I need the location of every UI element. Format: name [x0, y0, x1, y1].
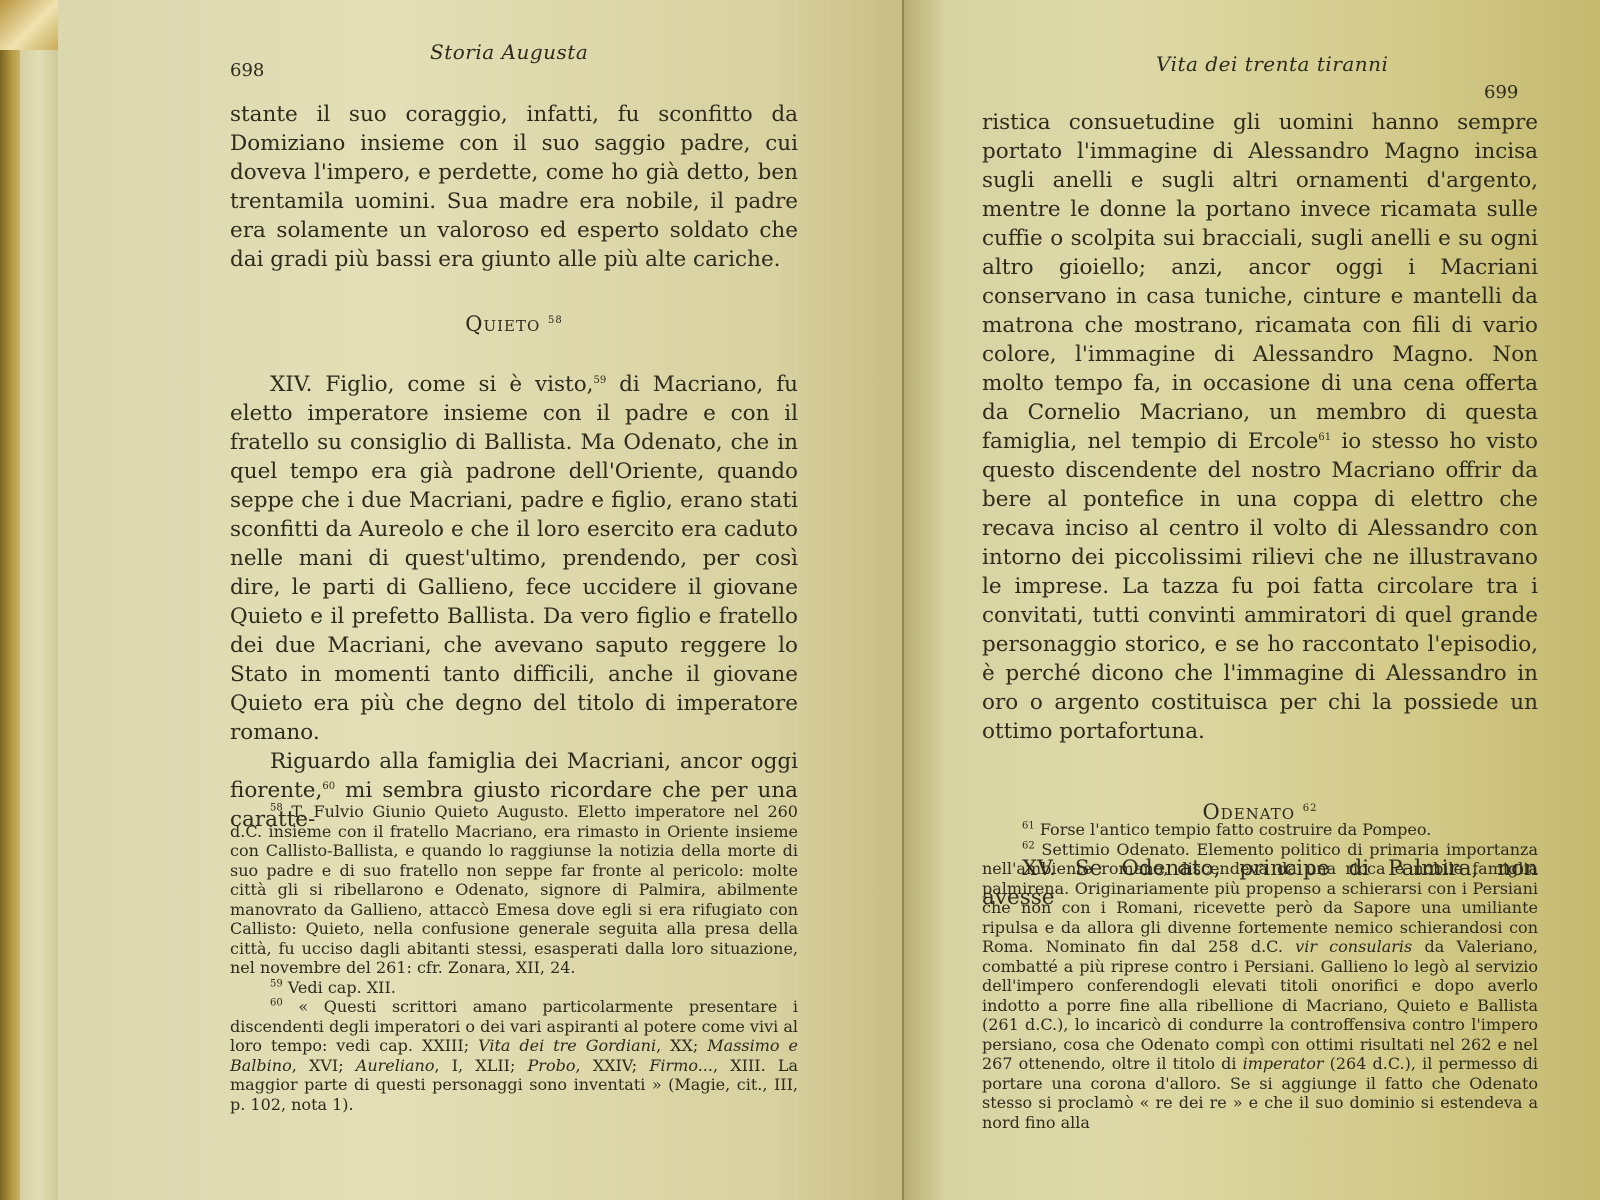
page-stack-edge — [20, 50, 59, 1200]
section-heading-text: Quieto — [465, 312, 540, 336]
footnote-ref: 60 — [322, 781, 335, 792]
right-footnotes: 61 Forse l'antico tempio fatto costruire… — [982, 820, 1538, 1132]
footnote-62: 62 Settimio Odenato. Elemento politico d… — [982, 840, 1538, 1133]
footnote-59: 59 Vedi cap. XII. — [230, 978, 798, 998]
left-main-text: stante il suo coraggio, infatti, fu scon… — [230, 100, 798, 834]
book-cover-corner — [0, 0, 58, 50]
footnote-ref: 62 — [1303, 803, 1318, 814]
continuation-paragraph: ristica consuetudine gli uomini hanno se… — [982, 108, 1538, 746]
page-number-left: 698 — [230, 60, 264, 81]
footnote-ref: 61 — [1318, 432, 1331, 443]
left-footnotes: 58 T. Fulvio Giunio Quieto Augusto. Elet… — [230, 802, 798, 1114]
running-head-right: Vita dei trenta tiranni — [1156, 52, 1388, 76]
chapter-number: XIV. — [270, 372, 312, 397]
right-page: Vita dei trenta tiranni 699 ristica cons… — [904, 0, 1600, 1200]
intro-paragraph: stante il suo coraggio, infatti, fu scon… — [230, 100, 798, 274]
right-main-text: ristica consuetudine gli uomini hanno se… — [982, 108, 1538, 912]
footnote-58: 58 T. Fulvio Giunio Quieto Augusto. Elet… — [230, 802, 798, 978]
footnote-61: 61 Forse l'antico tempio fatto costruire… — [982, 820, 1538, 840]
left-page: 698 Storia Augusta stante il suo coraggi… — [58, 0, 904, 1200]
footnote-60: 60 « Questi scrittori amano particolarme… — [230, 997, 798, 1114]
book-spine-edge — [0, 0, 20, 1200]
page-number-right: 699 — [1484, 82, 1518, 103]
paragraph-xiv: XIV. Figlio, come si è visto,59 di Macri… — [230, 370, 798, 747]
running-head-left: Storia Augusta — [430, 40, 588, 64]
section-heading-quieto: Quieto 58 — [230, 312, 798, 336]
footnote-ref: 58 — [548, 315, 563, 326]
footnote-ref: 59 — [593, 375, 606, 386]
